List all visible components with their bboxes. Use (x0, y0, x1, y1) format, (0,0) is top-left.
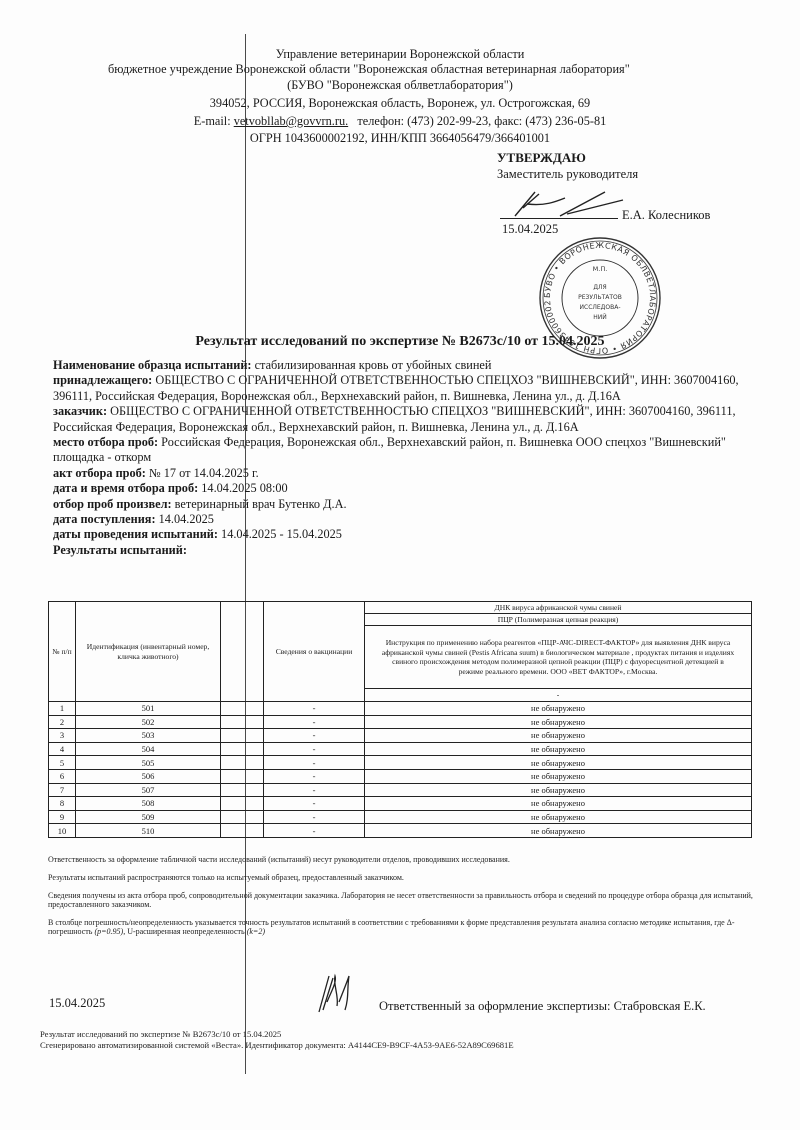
footer-document-id: Сгенерировано автоматизированной системо… (40, 1040, 514, 1051)
table-row: 5505-не обнаружено (49, 756, 752, 770)
header-method: ПЦР (Полимеразная цепная реакция) (365, 614, 752, 626)
header-contacts: E-mail: vetvobllab@govvrn.ru. телефон: (… (80, 114, 720, 129)
field-sampling-act: акт отбора проб: № 17 от 14.04.2025 г. (53, 466, 753, 481)
results-table: № п/п Идентификация (инвентарный номер, … (48, 601, 752, 838)
header-address: 394052, РОССИЯ, Воронежская область, Вор… (80, 96, 720, 111)
field-sampling-datetime: дата и время отбора проб: 14.04.2025 08:… (53, 481, 753, 496)
table-row: 9509-не обнаружено (49, 810, 752, 824)
header-authority: Управление ветеринарии Воронежской облас… (80, 47, 720, 62)
sample-details: Наименование образца испытаний: стабилиз… (53, 358, 753, 558)
signature-approver-icon (505, 186, 625, 222)
approval-date: 15.04.2025 (502, 222, 558, 237)
field-sample-name: Наименование образца испытаний: стабилиз… (53, 358, 753, 373)
svg-text:ИССЛЕДОВА-: ИССЛЕДОВА- (580, 304, 621, 311)
header-identification: Идентификация (инвентарный номер, кличка… (76, 602, 221, 702)
responsible-person: Ответственный за оформление экспертизы: … (379, 999, 706, 1014)
field-testing-dates: даты проведения испытаний: 14.04.2025 - … (53, 527, 753, 542)
table-header-row: № п/п Идентификация (инвентарный номер, … (49, 602, 752, 614)
disclaimer-notes: Ответственность за оформление табличной … (48, 855, 758, 945)
footer-meta: Результат исследований по экспертизе № B… (40, 1029, 514, 1051)
header-short-name: (БУВО "Воронежская облветлаборатория") (80, 78, 720, 93)
document-page: Управление ветеринарии Воронежской облас… (0, 0, 800, 1130)
svg-text:РЕЗУЛЬТАТОВ: РЕЗУЛЬТАТОВ (578, 294, 622, 301)
email-label: E-mail: (194, 114, 231, 128)
field-received-date: дата поступления: 14.04.2025 (53, 512, 753, 527)
table-row: 6506-не обнаружено (49, 769, 752, 783)
footer-date: 15.04.2025 (49, 996, 105, 1011)
svg-text:ДЛЯ: ДЛЯ (593, 284, 606, 291)
document-title: Результат исследований по экспертизе № B… (0, 334, 800, 350)
signature-line (500, 218, 618, 219)
table-row: 10510-не обнаружено (49, 824, 752, 838)
email-link[interactable]: vetvobllab@govvrn.ru. (234, 114, 348, 128)
table-row: 8508-не обнаружено (49, 797, 752, 811)
header-no: № п/п (49, 602, 76, 702)
note-uncertainty: В столбце погрешность/неопределенность у… (48, 918, 758, 936)
svg-text:М.П.: М.П. (593, 265, 608, 273)
results-label: Результаты испытаний: (53, 543, 753, 558)
approval-title: УТВЕРЖДАЮ (497, 150, 638, 166)
footer-reference: Результат исследований по экспертизе № B… (40, 1029, 514, 1040)
approval-block: УТВЕРЖДАЮ Заместитель руководителя (497, 150, 638, 182)
note-scope: Результаты испытаний распространяются то… (48, 873, 758, 882)
header-empty (221, 602, 264, 702)
header-vaccination: Сведения о вакцинации (264, 602, 365, 702)
field-sampling-place: место отбора проб: Российская Федерация,… (53, 435, 753, 466)
table-row: 2502-не обнаружено (49, 715, 752, 729)
header-institution: бюджетное учреждение Воронежской области… (108, 62, 748, 77)
field-customer: заказчик: ОБЩЕСТВО С ОГРАНИЧЕННОЙ ОТВЕТС… (53, 404, 753, 435)
phone-fax: телефон: (473) 202-99-23, факс: (473) 23… (357, 114, 606, 128)
field-owner: принадлежащего: ОБЩЕСТВО С ОГРАНИЧЕННОЙ … (53, 373, 753, 404)
header-instruction: Инструкция по применению набора реагенто… (365, 626, 752, 689)
approver-name: Е.А. Колесников (622, 208, 710, 223)
note-source: Сведения получены из акта отбора проб, с… (48, 891, 758, 909)
header-uncertainty: - (365, 689, 752, 702)
table-row: 7507-не обнаружено (49, 783, 752, 797)
table-row: 1501-не обнаружено (49, 702, 752, 716)
signature-responsible-icon (313, 972, 355, 1016)
header-registration: ОГРН 1043600002192, ИНН/КПП 3664056479/3… (80, 131, 720, 146)
table-row: 4504-не обнаружено (49, 742, 752, 756)
table-row: 3503-не обнаружено (49, 729, 752, 743)
header-test-name: ДНК вируса африканской чумы свиней (365, 602, 752, 614)
approval-position: Заместитель руководителя (497, 166, 638, 182)
note-responsibility: Ответственность за оформление табличной … (48, 855, 758, 864)
field-sampled-by: отбор проб произвел: ветеринарный врач Б… (53, 497, 753, 512)
svg-text:НИЙ: НИЙ (593, 314, 607, 321)
